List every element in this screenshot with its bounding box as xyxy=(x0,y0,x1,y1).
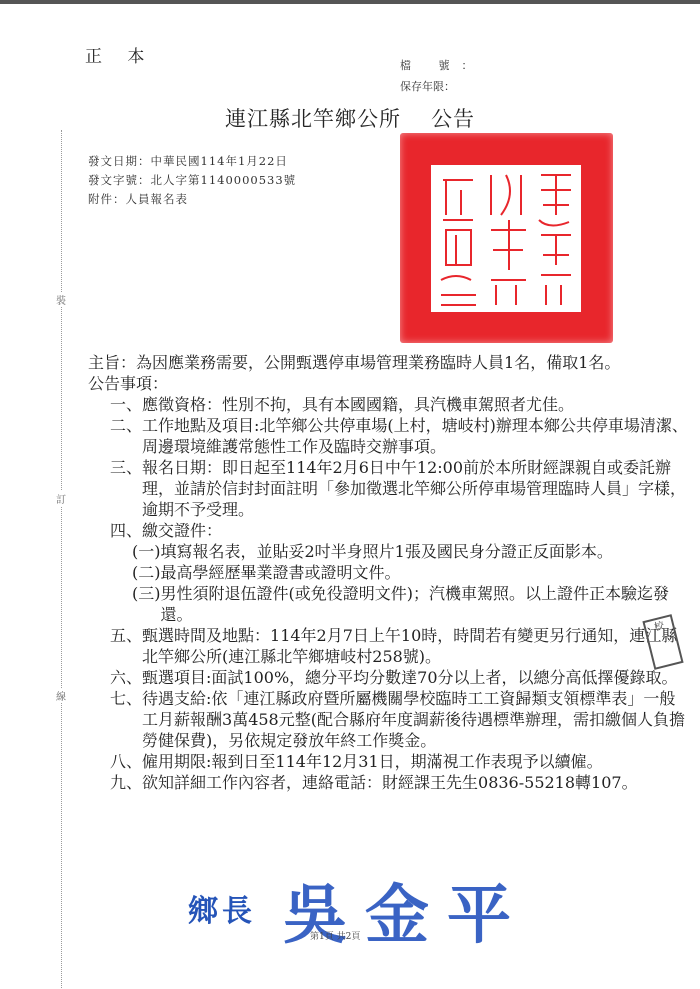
item-1: 一、 應徵資格：性別不拘，具有本國國籍，具汽機車駕照者尤佳。 xyxy=(88,394,688,415)
item-9: 九、 欲知詳細工作內容者，連絡電話：財經課王先生0836-55218轉107。 xyxy=(88,772,688,793)
page-number: 第1頁 共2頁 xyxy=(310,929,360,942)
file-number-label: 檔 號： xyxy=(400,57,485,73)
issue-date: 發文日期：中華民國114年1月22日 xyxy=(88,153,288,169)
signature-title: 鄉長 xyxy=(188,886,256,930)
item-6: 六、 甄選項目:面試100%，總分平均分數達70分以上者，以總分高低擇優錄取。 xyxy=(88,667,688,688)
page-title: 連江縣北竿鄉公所公告 xyxy=(225,103,475,133)
subject-label: 主旨： xyxy=(88,352,136,373)
signature-name: 吳金平 xyxy=(283,864,529,956)
official-seal xyxy=(400,133,613,343)
sub-item-1: (一) 填寫報名表，並貼妥2吋半身照片1張及國民身分證正反面影本。 xyxy=(88,541,688,562)
announcement-body: 主旨： 為因應業務需要，公開甄選停車場管理業務臨時人員1名，備取1名。 公告事項… xyxy=(88,352,688,793)
sub-item-3: (三) 男性須附退伍證件(或免役證明文件)；汽機車駕照。以上證件正本驗迄發還。 xyxy=(88,583,688,625)
item-4: 四、 繳交證件： xyxy=(88,520,688,541)
binding-mark-ding: 訂 xyxy=(54,491,68,506)
item-7: 七、 待遇支給:依「連江縣政府暨所屬機關學校臨時工工資歸類支領標準表」一般工月薪… xyxy=(88,688,688,751)
subject: 主旨： 為因應業務需要，公開甄選停車場管理業務臨時人員1名，備取1名。 xyxy=(88,352,688,373)
title-type: 公告 xyxy=(431,107,475,131)
item-3: 三、 報名日期：即日起至114年2月6日中午12:00前於本所財經課親自或委託辦… xyxy=(88,457,688,520)
retention-label: 保存年限： xyxy=(400,78,455,94)
item-5: 五、 甄選時間及地點：114年2月7日上午10時，時間若有變更另行通知，連江縣北… xyxy=(88,625,688,667)
item-8: 八、 僱用期限:報到日至114年12月31日，期滿視工作表現予以續僱。 xyxy=(88,751,688,772)
title-org: 連江縣北竿鄉公所 xyxy=(225,107,401,131)
scan-top-edge xyxy=(0,0,700,4)
binding-line xyxy=(61,130,62,989)
copy-mark: 正 本 xyxy=(85,42,154,67)
attachment: 附件：人員報名表 xyxy=(88,191,188,207)
binding-mark-zhuang: 裝 xyxy=(54,292,68,307)
items-heading: 公告事項： xyxy=(88,373,688,394)
seal-icon xyxy=(431,165,581,312)
subject-text: 為因應業務需要，公開甄選停車場管理業務臨時人員1名，備取1名。 xyxy=(136,352,688,373)
issue-number: 發文字號：北人字第1140000533號 xyxy=(88,172,296,188)
item-2: 二、 工作地點及項目:北竿鄉公共停車場(上村，塘岐村)辦理本鄉公共停車場清潔、周… xyxy=(88,415,688,457)
sub-item-2: (二) 最高學經歷畢業證書或證明文件。 xyxy=(88,562,688,583)
binding-mark-xian: 線 xyxy=(54,688,68,703)
